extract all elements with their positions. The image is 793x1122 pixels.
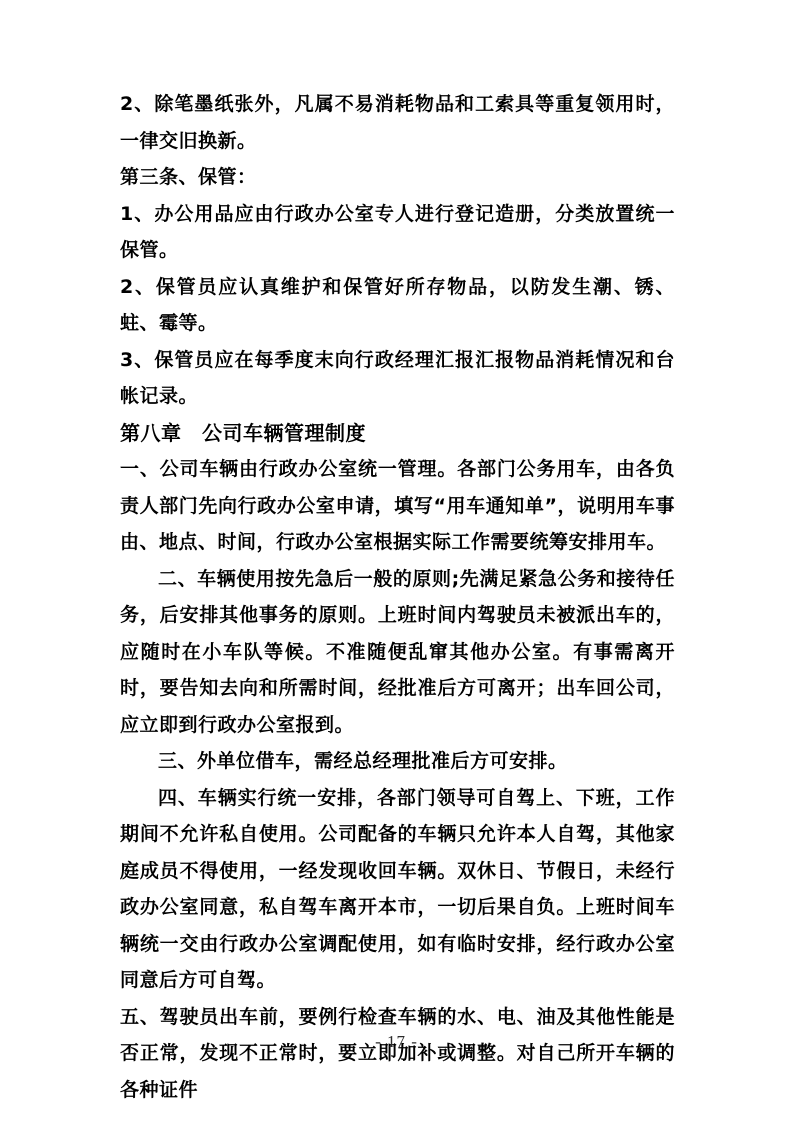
paragraph: 五、驾驶员出车前，要例行检查车辆的水、电、油及其他性能是否正常，发现不正常时，要… — [120, 999, 675, 1109]
paragraph: 2、除笔墨纸张外，凡属不易消耗物品和工索具等重复领用时，一律交旧换新。 — [120, 86, 675, 159]
paragraph: 四、车辆实行统一安排，各部门领导可自驾上、下班，工作期间不允许私自使用。公司配备… — [120, 780, 675, 999]
paragraph: 三、外单位借车，需经总经理批准后方可安排。 — [120, 743, 675, 780]
paragraph: 3、保管员应在每季度末向行政经理汇报汇报物品消耗情况和台帐记录。 — [120, 342, 675, 415]
paragraph: 二、车辆使用按先急后一般的原则;先满足紧急公务和接待任务，后安排其他事务的原则。… — [120, 561, 675, 744]
page-number: - 17 - — [0, 1032, 793, 1052]
paragraph: 2、保管员应认真维护和保管好所存物品，以防发生潮、锈、蛀、霉等。 — [120, 269, 675, 342]
document-body: 2、除笔墨纸张外，凡属不易消耗物品和工索具等重复领用时，一律交旧换新。 第三条、… — [120, 86, 675, 1108]
chapter-heading: 第八章 公司车辆管理制度 — [120, 415, 675, 452]
paragraph: 一、公司车辆由行政办公室统一管理。各部门公务用车，由各负责人部门先向行政办公室申… — [120, 451, 675, 561]
paragraph: 1、办公用品应由行政办公室专人进行登记造册，分类放置统一保管。 — [120, 196, 675, 269]
document-page: 2、除笔墨纸张外，凡属不易消耗物品和工索具等重复领用时，一律交旧换新。 第三条、… — [0, 0, 793, 1122]
section-heading: 第三条、保管： — [120, 159, 675, 196]
